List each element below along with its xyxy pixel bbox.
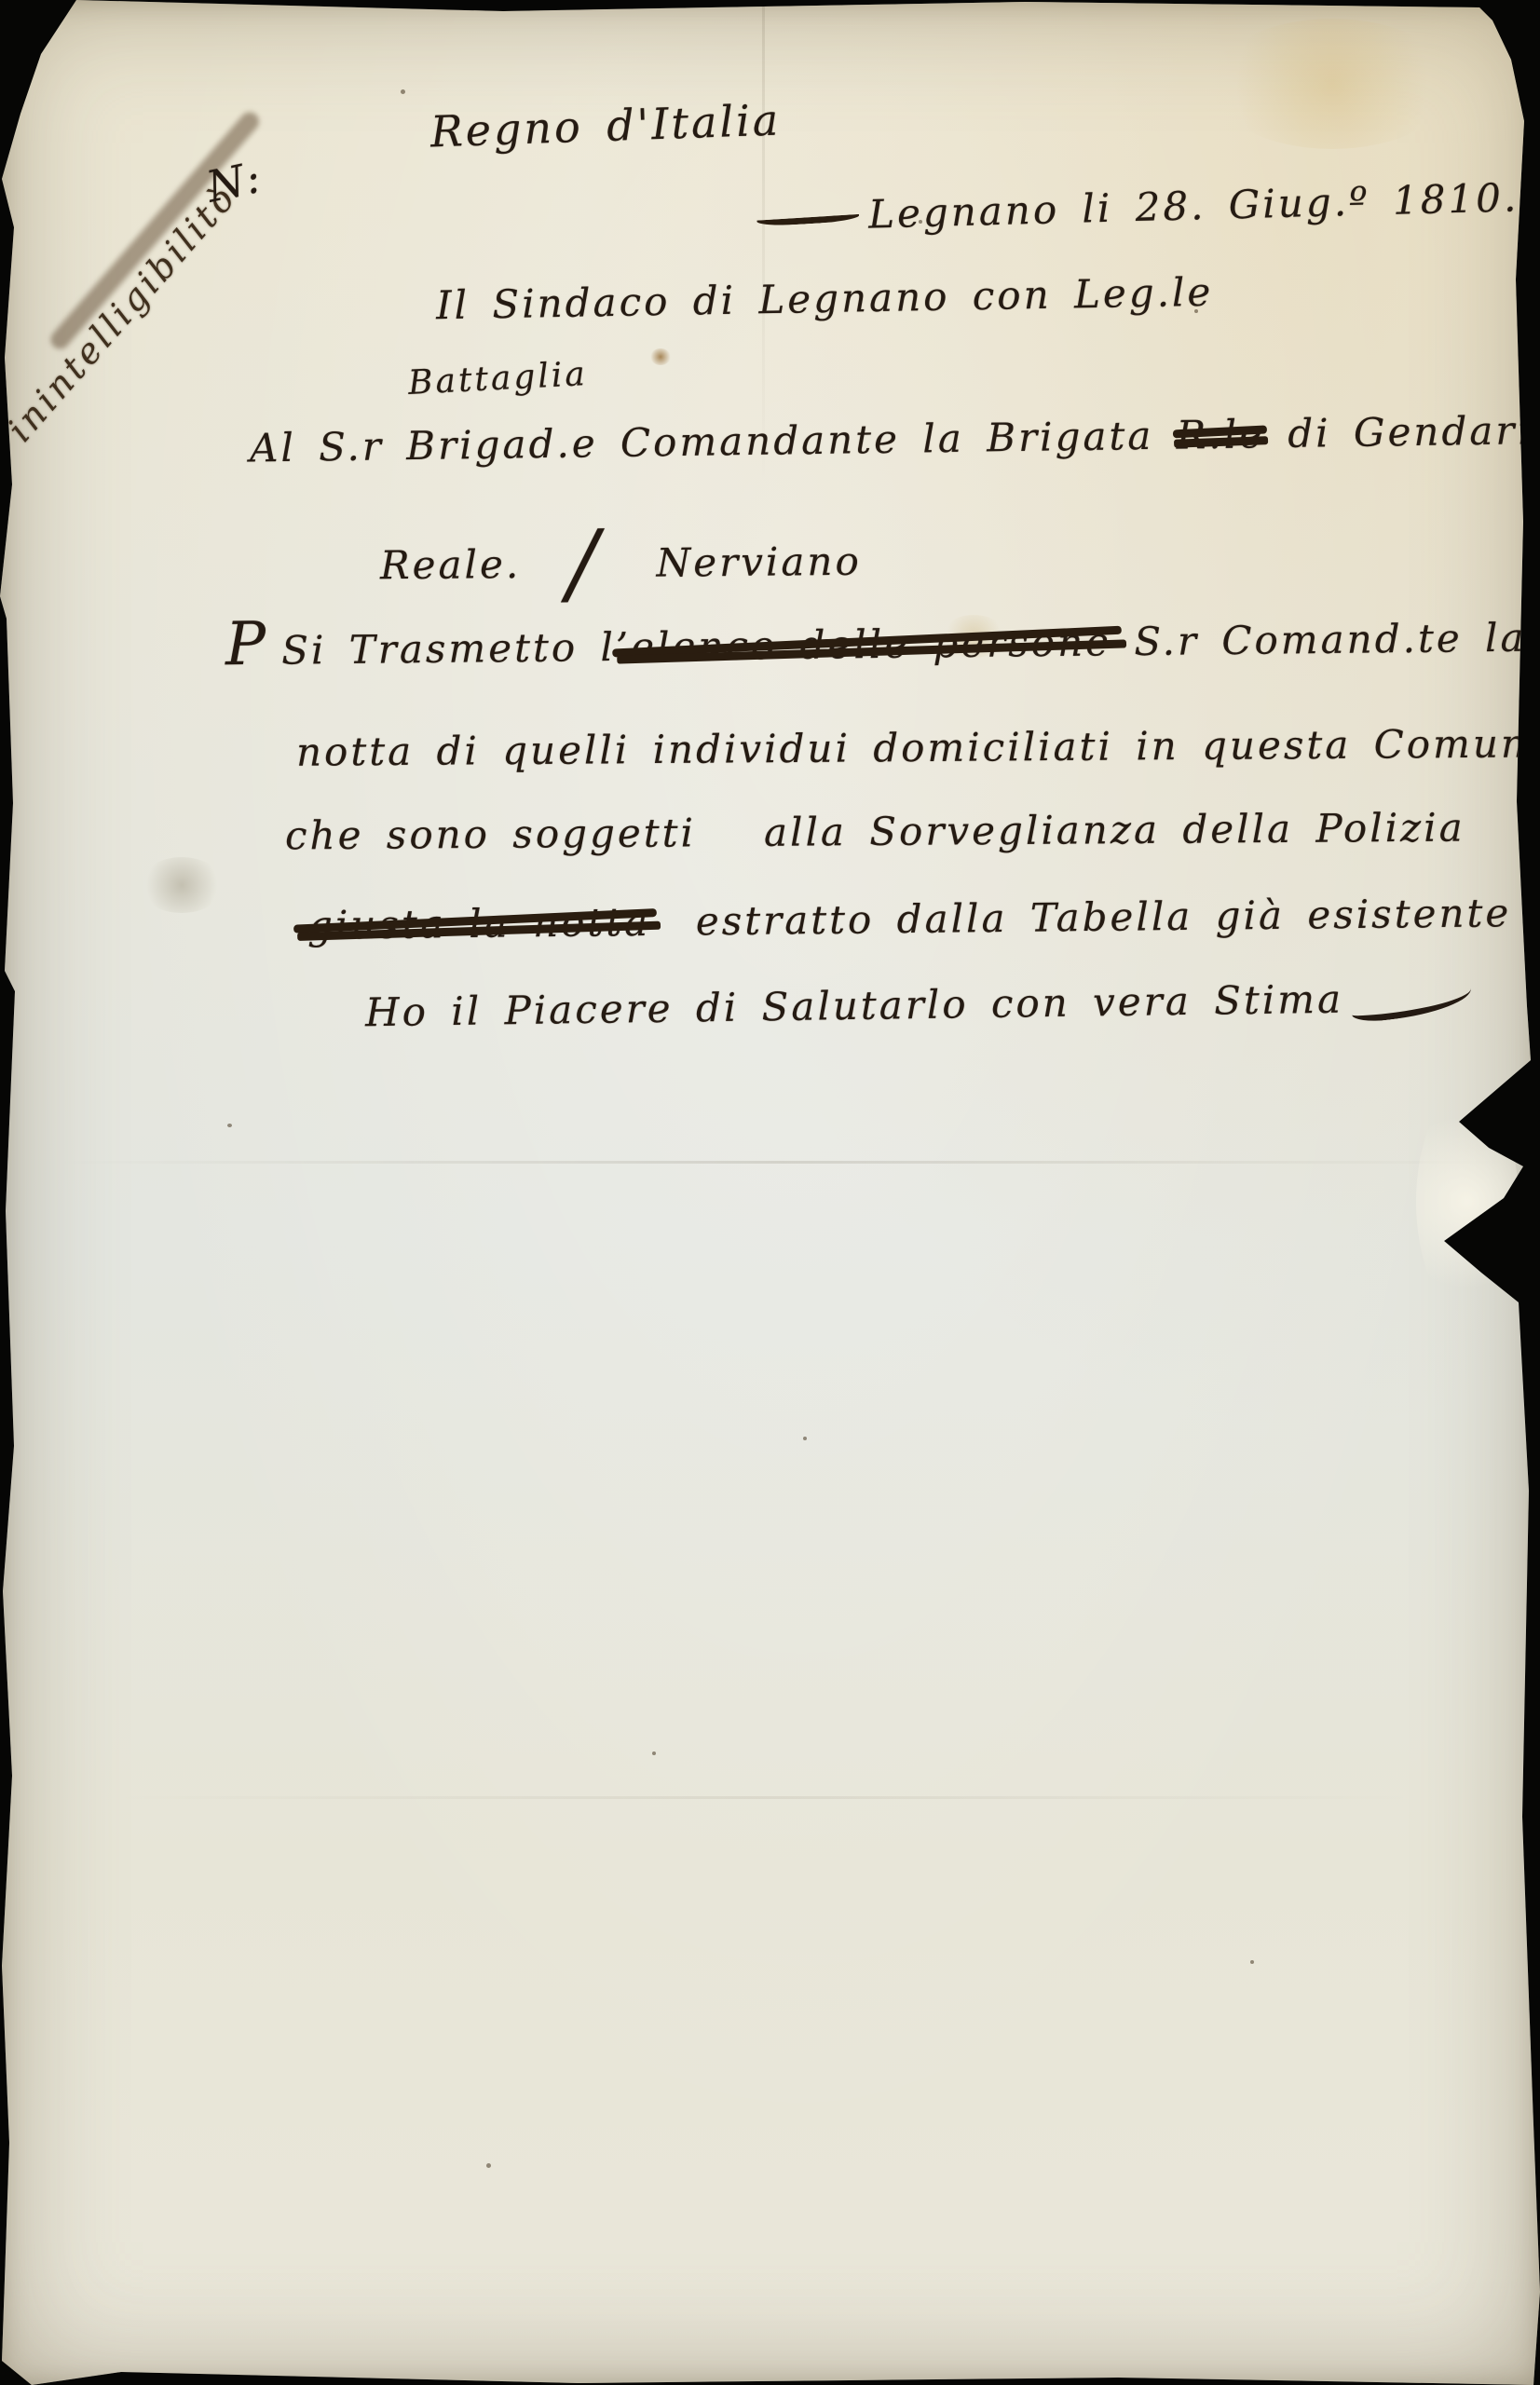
header-line: Regno d'Italia xyxy=(429,94,782,157)
address-pre-text: Al S.r Brigad.e Comandante la Brigata xyxy=(250,413,1177,471)
diagonal-docket-note: inintelligibilitò xyxy=(0,176,245,450)
horizontal-fold-crease-lower xyxy=(112,1796,1416,1799)
body-line-5: Ho il Piacere di Salutarlo con vera Stim… xyxy=(365,974,1473,1036)
diagonal-docket-text: inintelligibilitò xyxy=(0,176,245,450)
address2-left-text: Reale. xyxy=(380,541,522,588)
ink-flourish-dash xyxy=(756,206,860,226)
ink-smudge xyxy=(47,108,263,352)
sender-text: Il Sindaco di Legnano con Leg.le xyxy=(436,269,1214,329)
dateline: Legnano li 28. Giug.º 1810. xyxy=(756,174,1519,239)
body-line-2: notta di quelli individui domiciliati in… xyxy=(296,720,1540,774)
ink-flourish-tail xyxy=(1350,979,1474,1024)
body-l1-pre: Si Trasmetto l’ xyxy=(281,624,632,674)
docket-number-text: N: xyxy=(202,151,267,211)
body-l2-text: notta di quelli individui domiciliati in… xyxy=(296,720,1540,774)
foxing-stain xyxy=(140,857,224,913)
body-l4-post: estratto dalla Tabella già esistente xyxy=(650,890,1512,945)
paper-speck xyxy=(227,1124,232,1127)
body-l3-text: che sono soggetti alla Sorveglianza dell… xyxy=(285,805,1465,859)
body-line-3: che sono soggetti alla Sorveglianza dell… xyxy=(285,805,1465,859)
body-line-1: PSi Trasmetto l’elenco delle persone S.r… xyxy=(225,597,1527,680)
address2-right-text: Nerviano xyxy=(656,538,862,586)
sender-line: Il Sindaco di Legnano con Leg.le xyxy=(436,269,1214,329)
body-l1-post: S.r Comand.te la xyxy=(1111,615,1527,665)
docket-number: N: xyxy=(202,151,267,211)
paper-speck xyxy=(401,89,405,94)
paper-speck xyxy=(803,1437,807,1440)
paper-speck xyxy=(486,2163,491,2168)
address-struck-text: R.le xyxy=(1176,411,1265,457)
body-line-4: giusta la notta estratto dalla Tabella g… xyxy=(307,890,1512,948)
torn-edge-highlight xyxy=(1416,1090,1519,1314)
interline-insertion: Battaglia xyxy=(407,355,589,402)
foxing-stain xyxy=(1211,19,1453,149)
paper-speck xyxy=(1250,1960,1254,1964)
insertion-text: Battaglia xyxy=(407,355,589,402)
dateline-text: Legnano li 28. Giug.º 1810. xyxy=(867,174,1519,237)
photographed-letter-scene: inintelligibilitò N: Regno d'Italia Legn… xyxy=(0,0,1540,2385)
body-l4-struck: giusta la notta xyxy=(307,899,651,948)
body-l1-struck: elenco delle persone xyxy=(631,619,1111,669)
address-post-text: di Gendarmeria xyxy=(1265,406,1540,457)
address-line: Al S.r Brigad.e Comandante la Brigata R.… xyxy=(250,406,1540,471)
body-l5-text: Ho il Piacere di Salutarlo con vera Stim… xyxy=(365,976,1344,1036)
paraph-initial: P xyxy=(225,610,269,679)
horizontal-fold-crease xyxy=(56,1161,1509,1164)
header-text: Regno d'Italia xyxy=(429,94,782,157)
letter-paper-sheet: inintelligibilitò N: Regno d'Italia Legn… xyxy=(0,0,1540,2385)
address2-slash: / xyxy=(567,511,601,615)
paper-speck xyxy=(652,1751,656,1755)
vertical-fold-crease xyxy=(762,0,765,484)
ink-stain-spot xyxy=(650,348,671,365)
address-line-2: Reale./Nerviano xyxy=(380,509,863,618)
